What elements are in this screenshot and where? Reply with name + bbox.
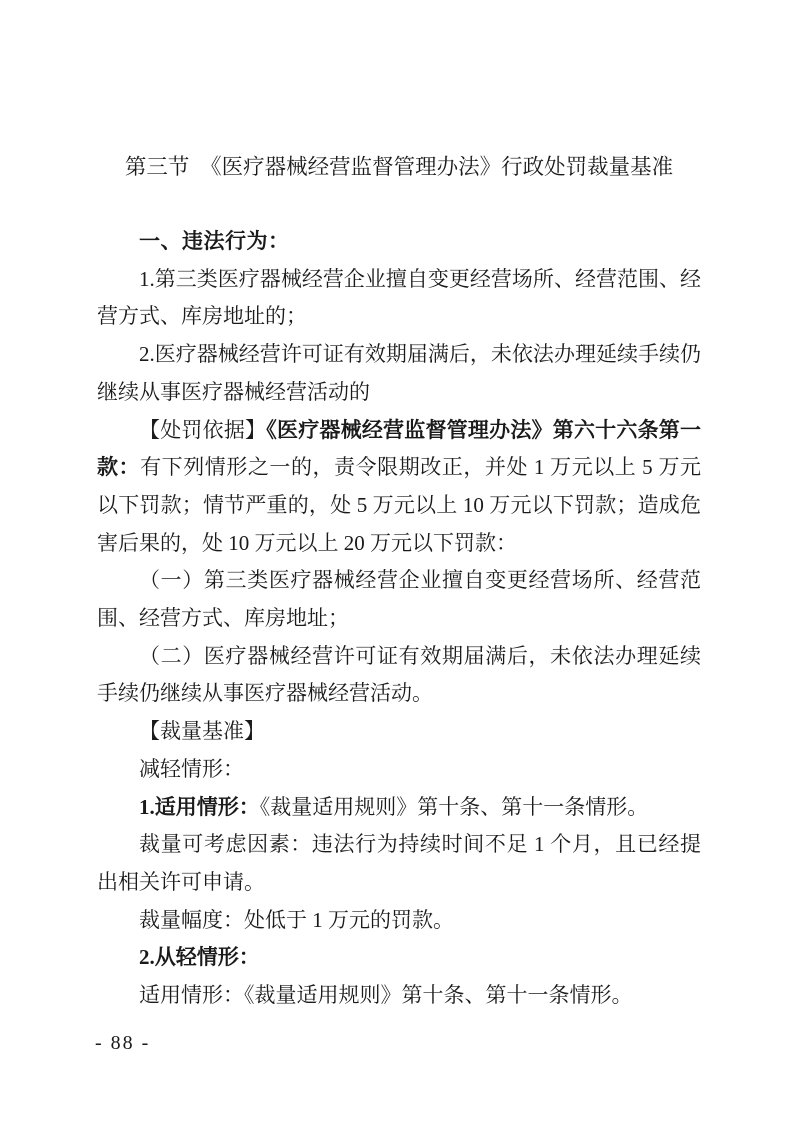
lenient-heading: 2.从轻情形：	[97, 939, 701, 977]
page-number: - 88 -	[95, 1032, 150, 1055]
violation-heading: 一、违法行为：	[97, 223, 701, 261]
lenient-applicable: 适用情形：《裁量适用规则》第十条、第十一条情形。	[97, 977, 701, 1015]
section-title: 第三节 《医疗器械经营监督管理办法》行政处罚裁量基准	[97, 147, 701, 187]
mitigation-heading: 减轻情形：	[97, 751, 701, 789]
penalty-item-1: （一）第三类医疗器械经营企业擅自变更经营场所、经营范围、经营方式、库房地址；	[97, 562, 701, 637]
penalty-basis-label: 【处罚依据】	[139, 418, 266, 442]
mitigation-range: 裁量幅度：处低于 1 万元的罚款。	[97, 902, 701, 940]
document-content: 第三节 《医疗器械经营监督管理办法》行政处罚裁量基准 一、违法行为： 1.第三类…	[97, 147, 701, 1015]
mitigation-applicable-text: 《裁量适用规则》第十条、第十一条情形。	[260, 795, 649, 819]
penalty-basis-paragraph: 【处罚依据】《医疗器械经营监督管理办法》第六十六条第一款：有下列情形之一的，责令…	[97, 412, 701, 563]
penalty-item-2: （二）医疗器械经营许可证有效期届满后，未依法办理延续手续仍继续从事医疗器械经营活…	[97, 638, 701, 713]
mitigation-applicable-paragraph: 1.适用情形：《裁量适用规则》第十条、第十一条情形。	[97, 789, 701, 827]
violation-item-2: 2.医疗器械经营许可证有效期届满后，未依法办理延续手续仍继续从事医疗器械经营活动…	[97, 336, 701, 411]
mitigation-factors: 裁量可考虑因素：违法行为持续时间不足 1 个月，且已经提出相关许可申请。	[97, 826, 701, 901]
penalty-basis-text: 有下列情形之一的，责令限期改正，并处 1 万元以上 5 万元以下罚款；情节严重的…	[97, 455, 701, 554]
document-page: 第三节 《医疗器械经营监督管理办法》行政处罚裁量基准 一、违法行为： 1.第三类…	[0, 0, 793, 1122]
violation-item-1: 1.第三类医疗器械经营企业擅自变更经营场所、经营范围、经营方式、库房地址的；	[97, 261, 701, 336]
discretion-heading: 【裁量基准】	[97, 713, 701, 751]
mitigation-applicable-label: 1.适用情形：	[139, 795, 260, 819]
